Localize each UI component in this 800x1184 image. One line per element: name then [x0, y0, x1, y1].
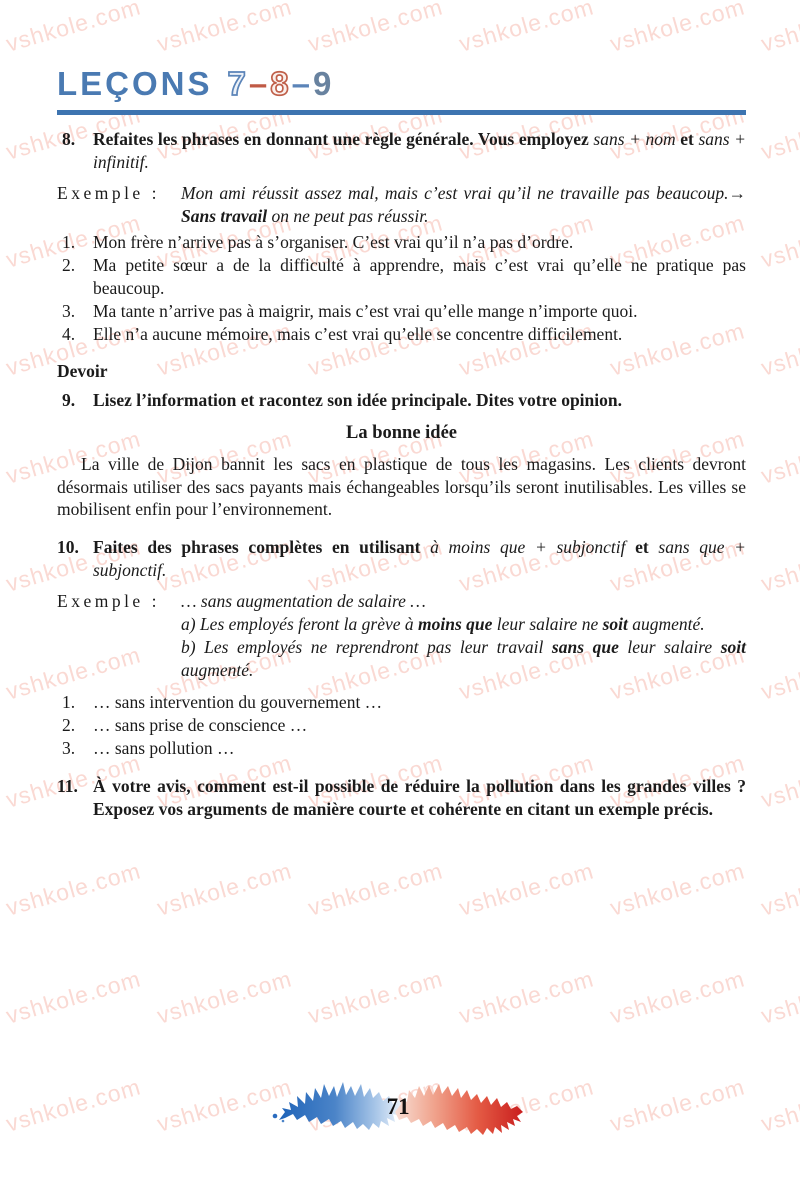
list-item-text: Ma tante n’arrive pas à maigrir, mais c’… [93, 300, 746, 323]
example-paragraph: … sans augmentation de salaire … [181, 590, 746, 613]
header-rule [57, 110, 746, 115]
lesson-number-9: 9 [312, 65, 333, 102]
watermark-text: vshkole.com [758, 315, 800, 382]
flag-red-stroke [395, 1084, 523, 1135]
exercise-10-example: Exemple : … sans augmentation de salaire… [57, 590, 746, 682]
lesson-number-–: – [291, 65, 312, 102]
list-item-text: … sans pollution … [93, 737, 746, 760]
exercise-11-prompt: 11. À votre avis, comment est-il possibl… [57, 775, 746, 821]
flag-speck [273, 1114, 278, 1119]
flag-speck [282, 1120, 285, 1123]
watermark-text: vshkole.com [456, 855, 598, 922]
list-item-number: 2. [57, 254, 93, 300]
watermark-text: vshkole.com [154, 855, 296, 922]
exercise-8-list: 1.Mon frère n’arrive pas à s’organiser. … [57, 231, 746, 346]
list-item: 3.Ma tante n’arrive pas à maigrir, mais … [57, 300, 746, 323]
lesson-number-7: 7 [227, 65, 248, 102]
list-item-number: 2. [57, 714, 93, 737]
list-item-number: 4. [57, 323, 93, 346]
list-item: 2.Ma petite sœur a de la difficulté à ap… [57, 254, 746, 300]
exercise-number: 11. [57, 775, 93, 821]
list-item-text: … sans prise de conscience … [93, 714, 746, 737]
info-paragraph: La ville de Dijon bannit les sacs en pla… [57, 453, 746, 522]
exercise-9-prompt: 9. Lisez l’information et racontez son i… [57, 389, 746, 412]
exercise-10-list: 1.… sans intervention du gouvernement …2… [57, 691, 746, 760]
watermark-text: vshkole.com [607, 0, 749, 59]
lesson-header-numbers: 7–8–9 [227, 65, 334, 102]
list-item: 2.… sans prise de conscience … [57, 714, 746, 737]
exercise-8-prompt: 8. Refaites les phrases en donnant une r… [57, 128, 746, 174]
watermark-text: vshkole.com [758, 531, 800, 598]
watermark-text: vshkole.com [456, 0, 598, 59]
info-title: La bonne idée [57, 421, 746, 445]
list-item-number: 3. [57, 737, 93, 760]
exercise-prompt-text: Lisez l’information et racontez son idée… [93, 389, 746, 412]
list-item-text: Ma petite sœur a de la difficulté à appr… [93, 254, 746, 300]
exercise-number: 10. [57, 536, 93, 582]
example-label: Exemple : [57, 590, 181, 682]
list-item: 4.Elle n’a aucune mémoire, mais c’est vr… [57, 323, 746, 346]
watermark-text: vshkole.com [3, 855, 145, 922]
exercise-number: 8. [57, 128, 93, 174]
list-item: 1.Mon frère n’arrive pas à s’organiser. … [57, 231, 746, 254]
watermark-text: vshkole.com [154, 0, 296, 59]
watermark-text: vshkole.com [154, 963, 296, 1030]
lesson-header: LEÇONS7–8–9 [57, 62, 746, 105]
example-content: … sans augmentation de salaire …a) Les e… [181, 590, 746, 682]
watermark-text: vshkole.com [758, 423, 800, 490]
lesson-header-word: LEÇONS [57, 65, 213, 102]
lesson-number-8: 8 [269, 65, 290, 102]
list-item-number: 3. [57, 300, 93, 323]
devoir-heading: Devoir [57, 360, 746, 383]
watermark-text: vshkole.com [758, 747, 800, 814]
watermark-text: vshkole.com [607, 963, 749, 1030]
example-paragraph: b) Les employés ne reprendront pas leur … [181, 636, 746, 682]
watermark-text: vshkole.com [758, 639, 800, 706]
watermark-text: vshkole.com [758, 99, 800, 166]
example-label: Exemple : [57, 182, 181, 228]
flag-blue-stroke [279, 1082, 403, 1130]
watermark-text: vshkole.com [456, 963, 598, 1030]
list-item-text: Elle n’a aucune mémoire, mais c’est vrai… [93, 323, 746, 346]
exercise-8-example: Exemple : Mon ami réussit assez mal, mai… [57, 182, 746, 228]
watermark-text: vshkole.com [305, 855, 447, 922]
exercise-prompt-text: Refaites les phrases en donnant une règl… [93, 128, 746, 174]
example-content: Mon ami réussit assez mal, mais c’est vr… [181, 182, 746, 228]
example-paragraph: a) Les employés feront la grève à moins … [181, 613, 746, 636]
list-item-text: Mon frère n’arrive pas à s’organiser. C’… [93, 231, 746, 254]
watermark-text: vshkole.com [305, 0, 447, 59]
watermark-text: vshkole.com [758, 855, 800, 922]
page-footer: 71 [0, 1076, 800, 1156]
page-content: LEÇONS7–8–9 8. Refaites les phrases en d… [57, 62, 746, 821]
watermark-text: vshkole.com [758, 0, 800, 59]
exercise-number: 9. [57, 389, 93, 412]
list-item-text: … sans intervention du gouvernement … [93, 691, 746, 714]
list-item: 1.… sans intervention du gouvernement … [57, 691, 746, 714]
list-item-number: 1. [57, 691, 93, 714]
list-item: 3.… sans pollution … [57, 737, 746, 760]
page-number: 71 [387, 1092, 410, 1122]
watermark-text: vshkole.com [3, 0, 145, 59]
list-item-number: 1. [57, 231, 93, 254]
watermark-text: vshkole.com [607, 855, 749, 922]
exercise-prompt-text: À votre avis, comment est-il possible de… [93, 775, 746, 821]
exercise-10-prompt: 10. Faites des phrases complètes en util… [57, 536, 746, 582]
exercise-prompt-text: Faites des phrases complètes en utilisan… [93, 536, 746, 582]
lesson-number-–: – [248, 65, 269, 102]
watermark-text: vshkole.com [305, 963, 447, 1030]
watermark-text: vshkole.com [758, 207, 800, 274]
watermark-text: vshkole.com [758, 963, 800, 1030]
textbook-page: vshkole.comvshkole.comvshkole.comvshkole… [0, 0, 800, 1184]
watermark-text: vshkole.com [3, 963, 145, 1030]
